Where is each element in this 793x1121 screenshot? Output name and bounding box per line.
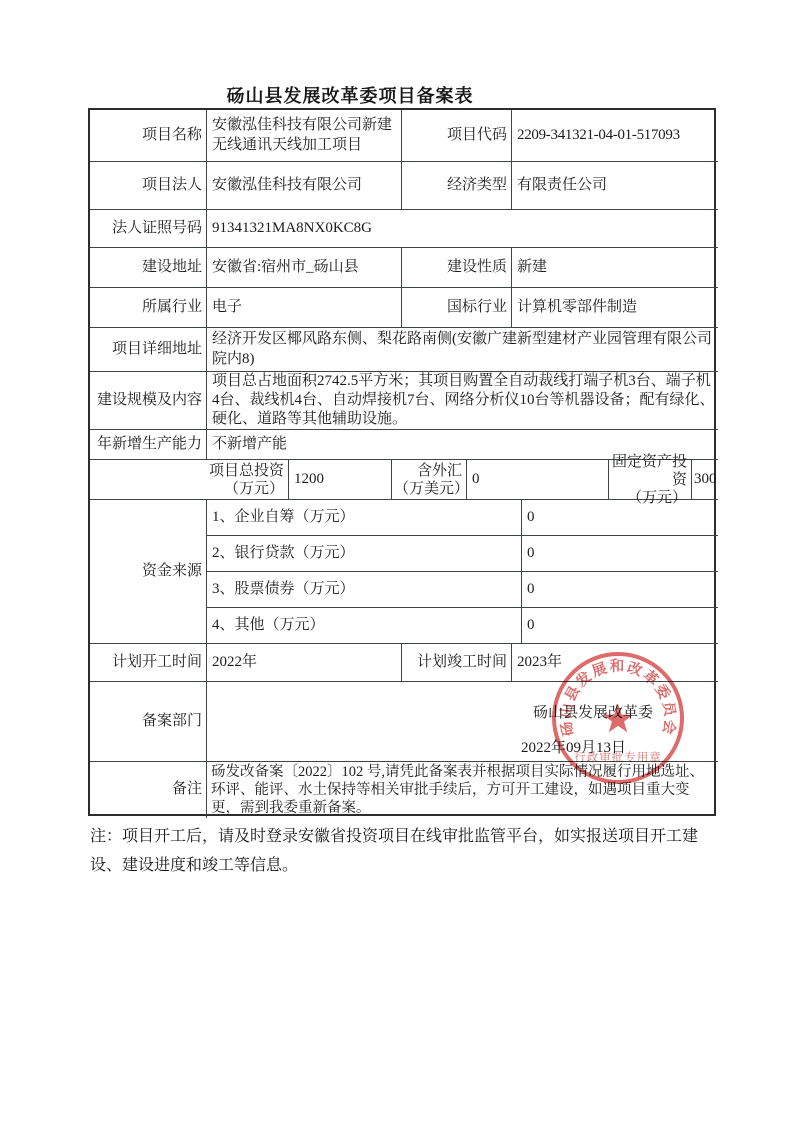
project-name-label: 项目名称	[90, 110, 207, 162]
dept-date: 2022年09月13日	[521, 739, 626, 758]
dept-label: 备案部门	[90, 682, 207, 762]
industry-label: 所属行业	[90, 288, 207, 328]
scale-content-value: 项目总占地面积2742.5平方米；其项目购置全自动裁线打端子机3台、端子机4台、…	[207, 372, 718, 430]
economic-type-label: 经济类型	[402, 162, 512, 210]
new-capacity-label: 年新增生产能力	[90, 430, 207, 460]
remark-label: 备注	[90, 762, 207, 818]
plan-end-label: 计划竣工时间	[402, 644, 512, 682]
scanned-document-page: { "title": "砀山县发展改革委项目备案表", "rows": { "p…	[0, 0, 793, 1121]
funding-item-3-label: 3、股票债券（万元）	[207, 572, 522, 608]
total-investment-unit: （万元）	[224, 480, 284, 498]
build-address-label: 建设地址	[90, 248, 207, 288]
detail-address-value: 经济开发区椰风路东侧、梨花路南侧(安徽广建新型建材产业园管理有限公司院内8)	[207, 328, 718, 372]
page-title: 砀山县发展改革委项目备案表	[0, 82, 700, 108]
forex-label: 含外汇	[417, 462, 462, 480]
funding-item-3-value: 0	[522, 572, 718, 608]
fixed-investment-value: 300	[692, 460, 718, 500]
funding-item-1-value: 0	[522, 500, 718, 536]
plan-start-value: 2022年	[207, 644, 402, 682]
funding-item-1-label: 1、企业自筹（万元）	[207, 500, 522, 536]
economic-type-value: 有限责任公司	[512, 162, 718, 210]
build-nature-label: 建设性质	[402, 248, 512, 288]
dept-name: 砀山县发展改革委	[533, 704, 653, 723]
fixed-investment-label: 固定资产投资	[611, 453, 687, 489]
forex-value: 0	[467, 460, 609, 500]
build-address-value: 安徽省:宿州市_砀山县	[207, 248, 402, 288]
project-code-label: 项目代码	[402, 110, 512, 162]
funding-item-2-label: 2、银行贷款（万元）	[207, 536, 522, 572]
license-label: 法人证照号码	[90, 210, 207, 248]
project-name-value: 安徽泓佳科技有限公司新建无线通讯天线加工项目	[207, 110, 402, 162]
license-value: 91341321MA8NX0KC8G	[207, 210, 718, 248]
scale-content-label: 建设规模及内容	[90, 372, 207, 430]
plan-end-value: 2023年	[512, 644, 718, 682]
filing-form-table: 项目名称 安徽泓佳科技有限公司新建无线通讯天线加工项目 项目代码 2209-34…	[88, 108, 716, 816]
funding-label: 资金来源	[90, 500, 207, 644]
build-nature-value: 新建	[512, 248, 718, 288]
funding-item-2-value: 0	[522, 536, 718, 572]
total-investment-value: 1200	[289, 460, 392, 500]
gb-industry-value: 计算机零部件制造	[512, 288, 718, 328]
footnote: 注：项目开工后，请及时登录安徽省投资项目在线审批监管平台，如实报送项目开工建设、…	[90, 822, 722, 880]
funding-item-4-label: 4、其他（万元）	[207, 608, 522, 644]
funding-item-4-value: 0	[522, 608, 718, 644]
industry-value: 电子	[207, 288, 402, 328]
remark-value: 砀发改备案〔2022〕102 号,请凭此备案表并根据项目实际情况履行用地选址、环…	[207, 762, 718, 818]
forex-unit: （万美元）	[394, 480, 462, 498]
total-investment-label: 项目总投资	[209, 462, 284, 480]
plan-start-label: 计划开工时间	[90, 644, 207, 682]
gb-industry-label: 国标行业	[402, 288, 512, 328]
legal-person-label: 项目法人	[90, 162, 207, 210]
detail-address-label: 项目详细地址	[90, 328, 207, 372]
project-code-value: 2209-341321-04-01-517093	[512, 110, 718, 162]
legal-person-value: 安徽泓佳科技有限公司	[207, 162, 402, 210]
